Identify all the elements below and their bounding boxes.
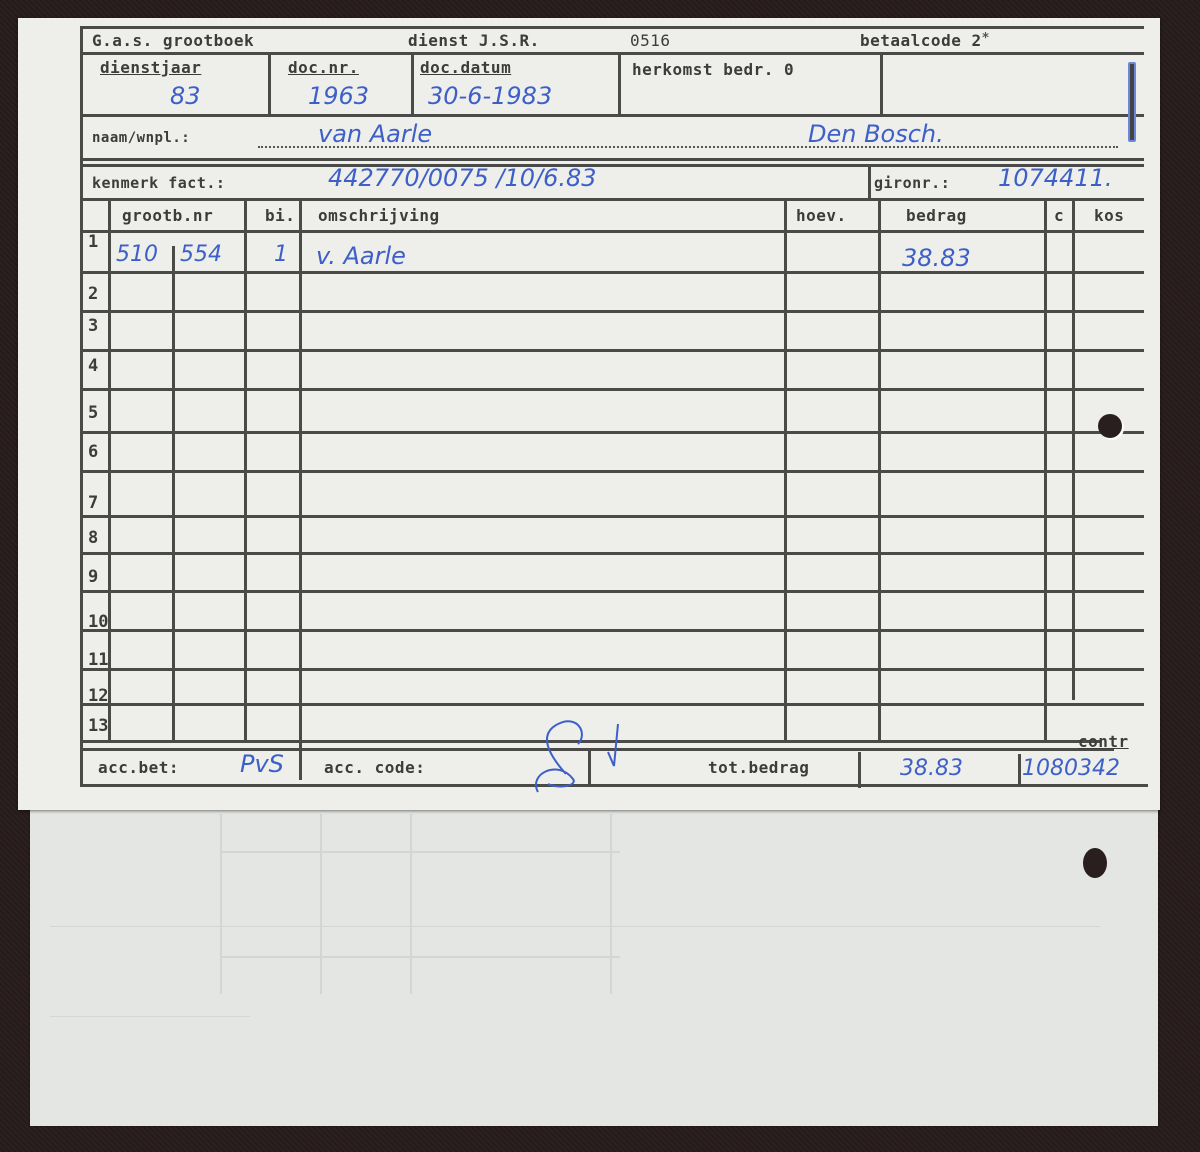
row-number: 11 <box>88 650 108 670</box>
tot-bedrag-value[interactable]: 38.83 <box>900 756 963 781</box>
rule <box>858 752 861 788</box>
kenmerk-value[interactable]: 442770/0075 /10/6.83 <box>328 164 597 192</box>
row-rule <box>80 431 1144 434</box>
row-number: 7 <box>88 493 98 513</box>
cell-grootb-a[interactable]: 510 <box>116 242 158 267</box>
gironr-label: gironr.: <box>874 174 950 192</box>
row-rule <box>80 629 1144 632</box>
asterisk-icon: * <box>982 31 990 46</box>
row-number: 4 <box>88 356 98 376</box>
gironr-value[interactable]: 1074411. <box>998 164 1113 192</box>
row-number: 10 <box>88 612 108 632</box>
dienst-label: dienst J.S.R. <box>408 31 540 50</box>
naam-wnpl-label: naam/wnpl.: <box>92 130 190 146</box>
kenmerk-label: kenmerk fact.: <box>92 174 225 192</box>
rule <box>880 52 883 116</box>
row-number: 8 <box>88 528 98 548</box>
rule <box>80 164 1144 167</box>
rule <box>1072 200 1075 700</box>
ghost-line <box>50 1016 250 1017</box>
col-c: c <box>1054 206 1064 225</box>
rule <box>1018 754 1021 786</box>
contr-label: contr <box>1078 732 1129 751</box>
form-title: G.a.s. grootboek <box>92 31 254 50</box>
row-rule <box>80 552 1144 555</box>
rule <box>172 246 175 740</box>
rule <box>268 52 271 116</box>
rule <box>80 158 1144 161</box>
staple <box>1128 62 1136 142</box>
ledger-form: G.a.s. grootboek dienst J.S.R. 0516 beta… <box>18 18 1160 810</box>
col-bedrag: bedrag <box>906 206 967 225</box>
col-grootb-nr: grootb.nr <box>122 206 213 225</box>
row-rule <box>80 349 1144 352</box>
row-rule <box>80 388 1144 391</box>
herkomst-label: herkomst bedr. 0 <box>632 60 794 79</box>
col-kos: kos <box>1094 206 1124 225</box>
row-rule <box>80 590 1144 593</box>
row-rule <box>80 310 1144 313</box>
ghost-line <box>610 814 612 994</box>
rule <box>80 230 1144 233</box>
row-number: 5 <box>88 403 98 423</box>
row-rule <box>80 703 1144 706</box>
ghost-line <box>410 814 412 994</box>
col-omschrijving: omschrijving <box>318 206 440 225</box>
row-rule <box>80 470 1144 473</box>
cell-omschrijving[interactable]: v. Aarle <box>316 242 406 270</box>
col-bi: bi. <box>265 206 295 225</box>
carbon-copy-sheet <box>30 806 1158 1126</box>
rule <box>80 114 1144 117</box>
tot-bedrag-label: tot.bedrag <box>708 758 809 777</box>
rule <box>80 198 1144 201</box>
ghost-line <box>320 814 322 994</box>
row-rule <box>80 515 1144 518</box>
doc-datum-value[interactable]: 30-6-1983 <box>428 82 552 110</box>
doc-nr-label: doc.nr. <box>288 58 359 77</box>
betaalcode-label: betaalcode 2* <box>860 31 990 50</box>
naam-value[interactable]: van Aarle <box>318 120 432 148</box>
rule <box>618 52 621 116</box>
row-rule <box>80 668 1144 671</box>
rule <box>80 26 1144 29</box>
form-code: 0516 <box>630 31 671 50</box>
plaats-value[interactable]: Den Bosch. <box>808 120 944 148</box>
acc-code-label: acc. code: <box>324 758 425 777</box>
rule <box>80 26 83 786</box>
rule <box>299 200 302 780</box>
rule <box>868 164 871 200</box>
rule <box>80 52 1144 55</box>
cell-grootb-b[interactable]: 554 <box>180 242 222 267</box>
rule <box>411 52 414 116</box>
ghost-line <box>220 956 620 958</box>
row-number: 3 <box>88 316 98 336</box>
acc-bet-value[interactable]: PvS <box>240 750 284 778</box>
row-number: 1 <box>88 232 98 252</box>
dienstjaar-value[interactable]: 83 <box>170 82 201 110</box>
doc-datum-label: doc.datum <box>420 58 511 77</box>
row-number: 13 <box>88 716 108 736</box>
punch-hole <box>1098 414 1122 438</box>
cell-bi[interactable]: 1 <box>274 242 288 267</box>
row-rule <box>80 271 1144 274</box>
dienstjaar-label: dienstjaar <box>100 58 201 77</box>
row-number: 12 <box>88 686 108 706</box>
acc-bet-label: acc.bet: <box>98 758 179 777</box>
punch-hole <box>1083 848 1107 878</box>
acc-code-signature[interactable] <box>518 714 628 794</box>
col-hoev: hoev. <box>796 206 847 225</box>
ghost-line <box>220 851 620 853</box>
row-number: 9 <box>88 567 98 587</box>
row-number: 6 <box>88 442 98 462</box>
ghost-line <box>50 926 1100 927</box>
ghost-line <box>220 814 222 994</box>
row-number: 2 <box>88 284 98 304</box>
contr-value[interactable]: 1080342 <box>1022 756 1120 781</box>
doc-nr-value[interactable]: 1963 <box>308 82 369 110</box>
cell-bedrag[interactable]: 38.83 <box>902 244 971 272</box>
